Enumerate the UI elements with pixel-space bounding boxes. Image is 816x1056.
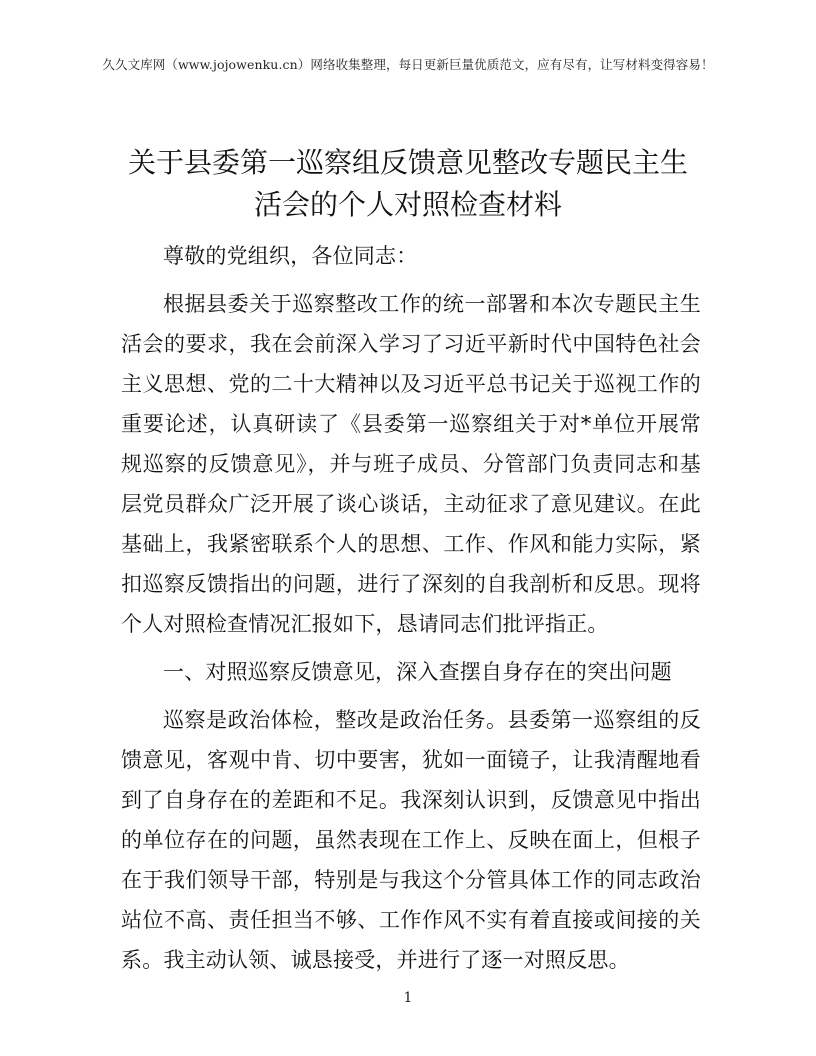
paragraph-line: 根据县委关于巡察整改工作的统一部署和本次专题民主生 bbox=[121, 288, 701, 328]
paragraph-line: 活会的要求，我在会前深入学习了习近平新时代中国特色社会 bbox=[121, 328, 701, 368]
paragraph-line: 个人对照检查情况汇报如下，恳请同志们批评指正。 bbox=[121, 608, 701, 648]
page-number: 1 bbox=[0, 990, 816, 1006]
paragraph-1: 根据县委关于巡察整改工作的统一部署和本次专题民主生 活会的要求，我在会前深入学习… bbox=[121, 288, 701, 648]
paragraph-line: 扣巡察反馈指出的问题，进行了深刻的自我剖析和反思。现将 bbox=[121, 568, 701, 608]
paragraph-line: 站位不高、责任担当不够、工作作风不实有着直接或间接的关 bbox=[121, 904, 701, 944]
paragraph-line: 巡察是政治体检，整改是政治任务。县委第一巡察组的反 bbox=[121, 704, 701, 744]
paragraph-line: 基础上，我紧密联系个人的思想、工作、作风和能力实际，紧 bbox=[121, 528, 701, 568]
section-heading: 一、对照巡察反馈意见，深入查摆自身存在的突出问题 bbox=[121, 656, 701, 696]
paragraph-line: 在于我们领导干部，特别是与我这个分管具体工作的同志政治 bbox=[121, 864, 701, 904]
paragraph-line: 重要论述，认真研读了《县委第一巡察组关于对*单位开展常 bbox=[121, 408, 701, 448]
paragraph-line: 的单位存在的问题，虽然表现在工作上、反映在面上，但根子 bbox=[121, 824, 701, 864]
paragraph-line: 到了自身存在的差距和不足。我深刻认识到，反馈意见中指出 bbox=[121, 784, 701, 824]
salutation: 尊敬的党组织，各位同志： bbox=[121, 240, 701, 280]
paragraph-line: 层党员群众广泛开展了谈心谈话，主动征求了意见建议。在此 bbox=[121, 488, 701, 528]
paragraph-line: 规巡察的反馈意见》，并与班子成员、分管部门负责同志和基 bbox=[121, 448, 701, 488]
paragraph-line: 主义思想、党的二十大精神以及习近平总书记关于巡视工作的 bbox=[121, 368, 701, 408]
title-line: 活会的个人对照检查材料 bbox=[0, 184, 816, 226]
header-note: 久久文库网（www.jojowenku.cn）网络收集整理，每日更新巨量优质范文… bbox=[0, 55, 816, 73]
title-line: 关于县委第一巡察组反馈意见整改专题民主生 bbox=[0, 142, 816, 184]
document-title: 关于县委第一巡察组反馈意见整改专题民主生 活会的个人对照检查材料 bbox=[0, 142, 816, 226]
paragraph-line: 系。我主动认领、诚恳接受，并进行了逐一对照反思。 bbox=[121, 944, 701, 984]
document-body: 尊敬的党组织，各位同志： 根据县委关于巡察整改工作的统一部署和本次专题民主生 活… bbox=[121, 240, 701, 984]
paragraph-2: 巡察是政治体检，整改是政治任务。县委第一巡察组的反 馈意见，客观中肯、切中要害，… bbox=[121, 704, 701, 984]
paragraph-line: 馈意见，客观中肯、切中要害，犹如一面镜子，让我清醒地看 bbox=[121, 744, 701, 784]
